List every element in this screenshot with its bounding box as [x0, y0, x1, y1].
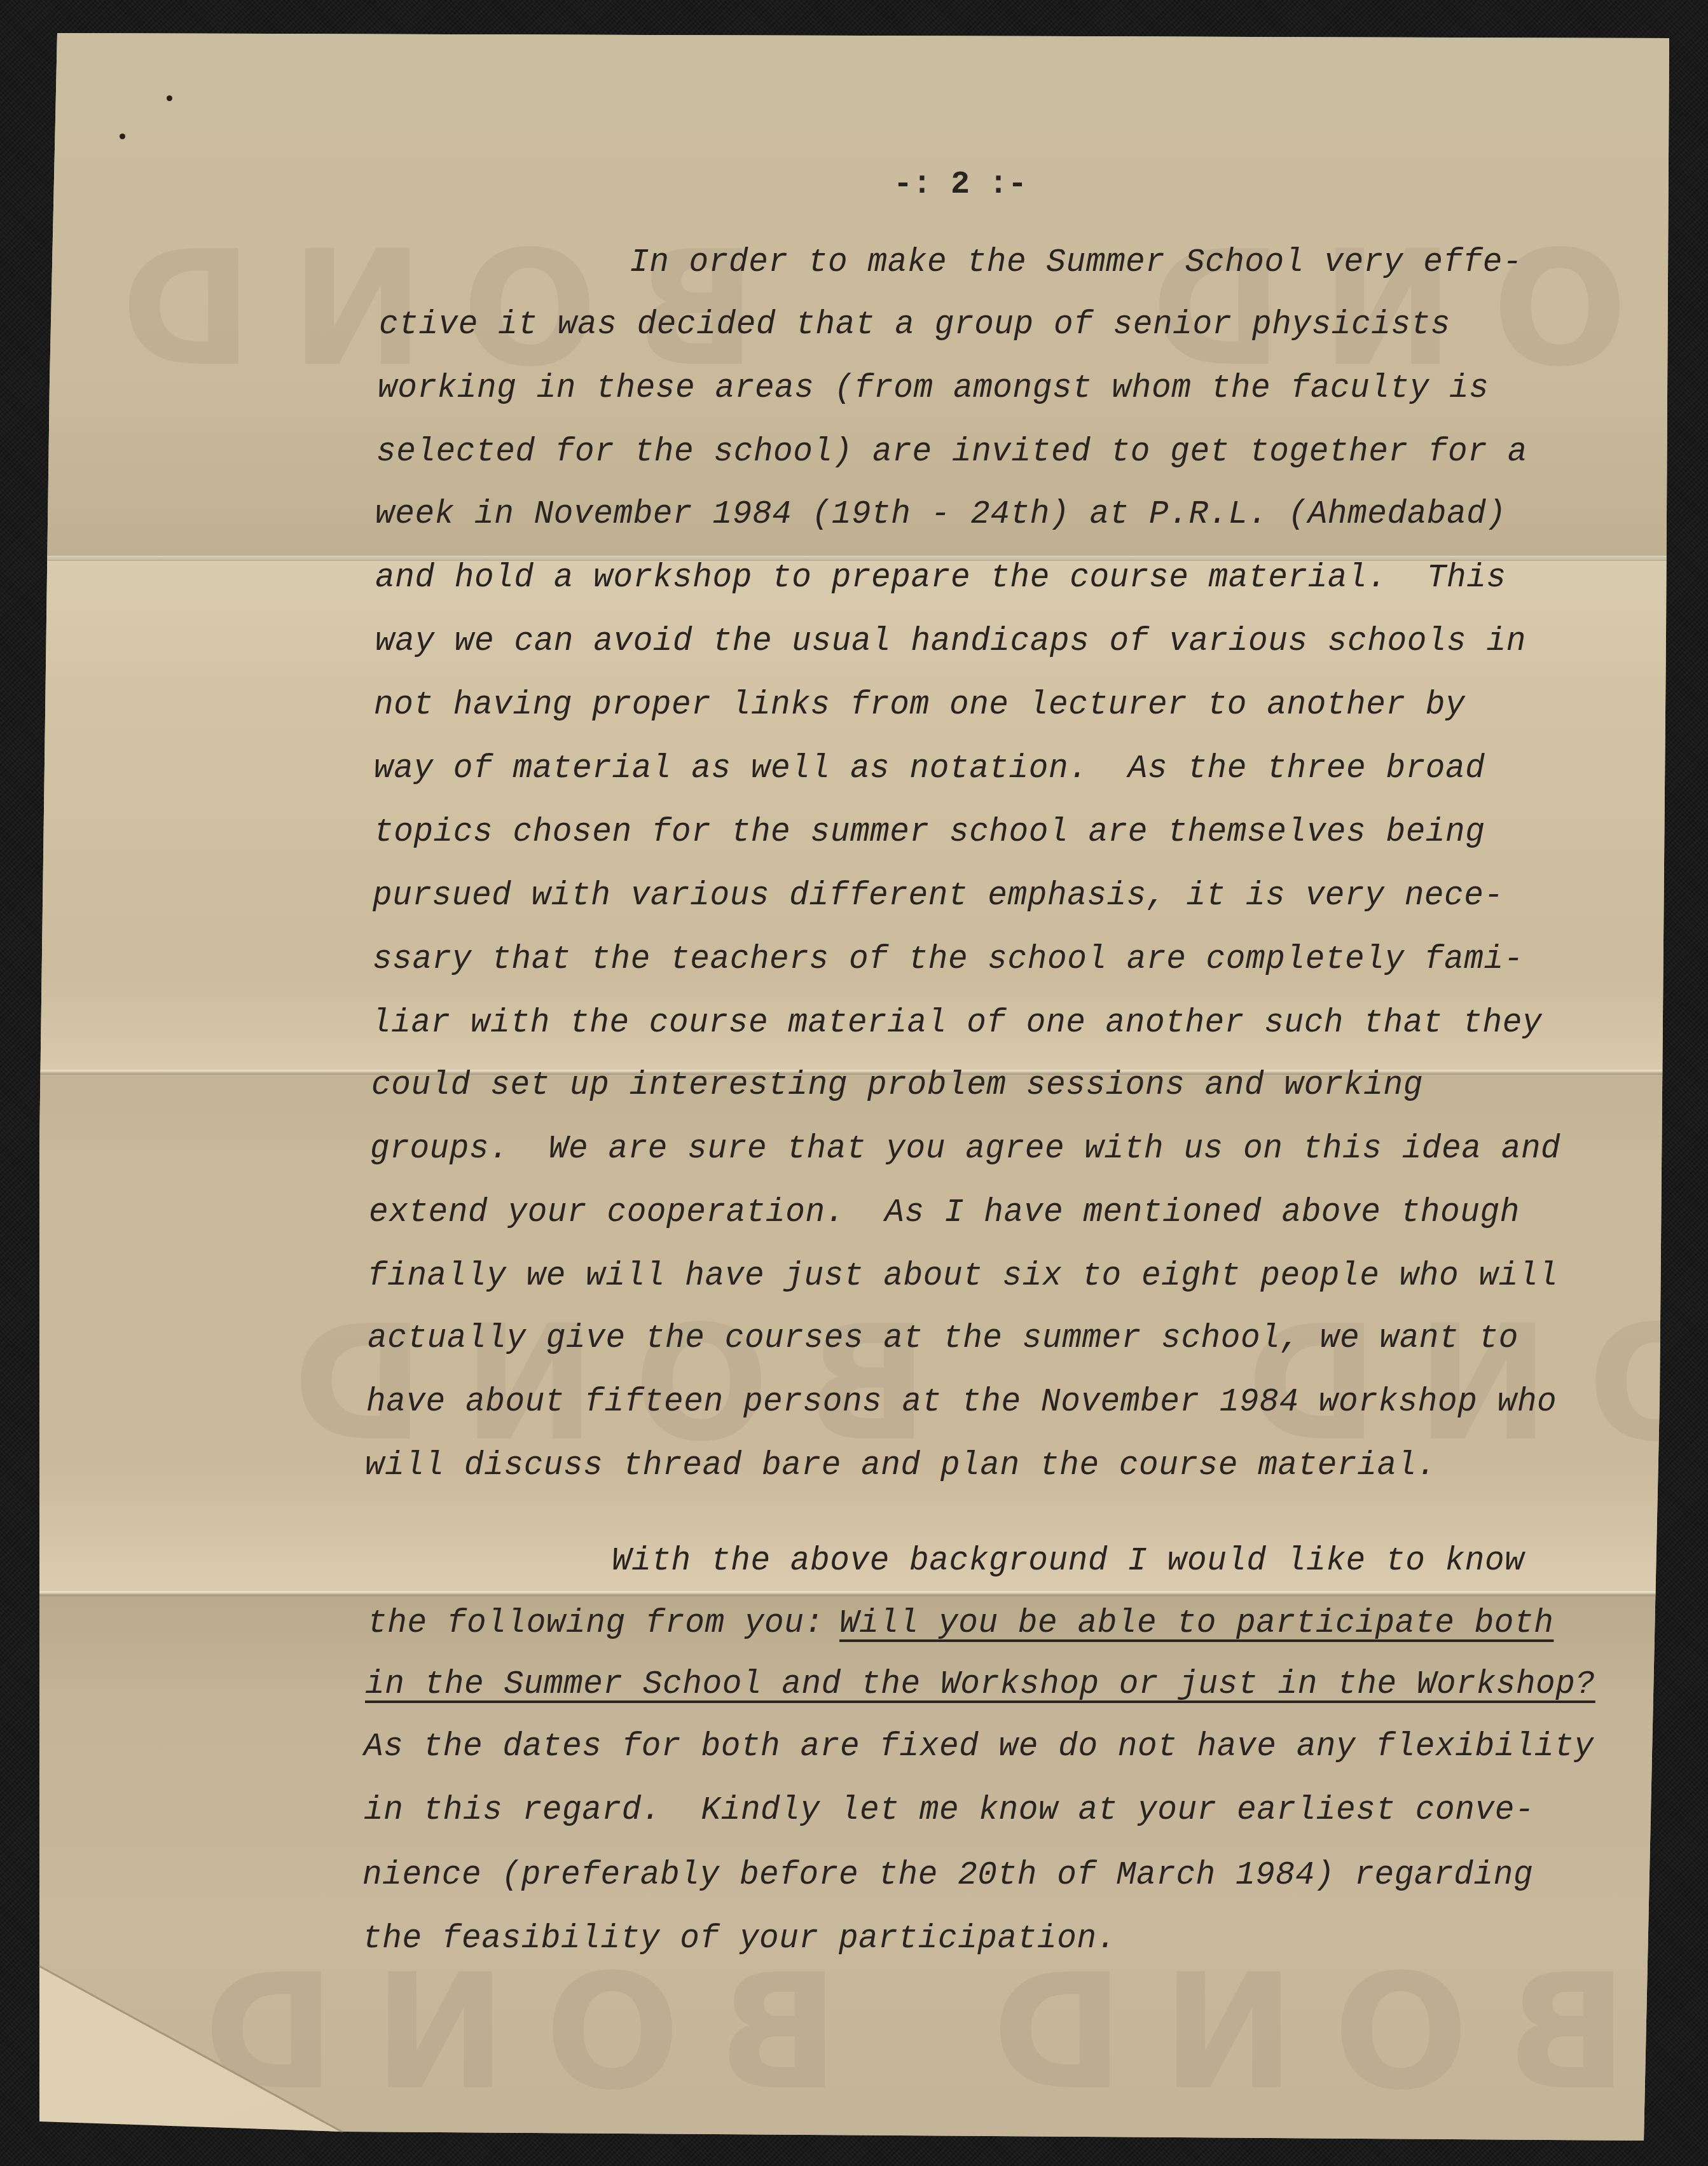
- text-line: ssary that the teachers of the school ar…: [373, 944, 1524, 976]
- text-line: nience (preferably before the 20th of Ma…: [362, 1859, 1533, 1892]
- text-line: and hold a workshop to prepare the cours…: [375, 562, 1506, 595]
- text-line: With the above background I would like t…: [612, 1545, 1524, 1578]
- text-line: liar with the course material of one ano…: [371, 1007, 1542, 1040]
- text-line: the feasibility of your participation.: [362, 1923, 1117, 1956]
- fold-crease: [0, 1591, 1708, 1596]
- text-line: will discuss thread bare and plan the co…: [365, 1450, 1436, 1482]
- text-line: extend your cooperation. As I have menti…: [369, 1197, 1520, 1229]
- text-line: working in these areas (from amongst who…: [378, 373, 1489, 405]
- text-line: As the dates for both are fixed we do no…: [364, 1731, 1594, 1763]
- text-line: in this regard. Kindly let me know at yo…: [364, 1795, 1534, 1827]
- text-line: week in November 1984 (19th - 24th) at P…: [375, 499, 1506, 531]
- text-line: way we can avoid the usual handicaps of …: [375, 626, 1526, 658]
- text-line: topics chosen for the summer school are …: [374, 817, 1485, 849]
- text-line: In order to make the Summer School very …: [630, 247, 1522, 279]
- pin-hole: [167, 95, 172, 101]
- text-line: way of material as well as notation. As …: [374, 753, 1485, 785]
- text-line: could set up interesting problem session…: [371, 1070, 1423, 1102]
- watermark: BOND: [954, 1940, 1628, 2125]
- pin-hole: [120, 134, 125, 139]
- text-line: selected for the school) are invited to …: [376, 436, 1527, 469]
- page-number: -: 2 :-: [893, 167, 1027, 203]
- text-line: finally we will have just about six to e…: [368, 1260, 1558, 1293]
- text-line: pursued with various different emphasis,…: [373, 880, 1504, 913]
- text-line: not having proper links from one lecture…: [374, 689, 1465, 722]
- text-line: actually give the courses at the summer …: [368, 1323, 1519, 1355]
- text-line: the following from you:: [368, 1608, 824, 1640]
- question-underlined: Will you be able to participate both: [839, 1608, 1553, 1640]
- text-line: ctive it was decided that a group of sen…: [379, 309, 1450, 341]
- question-underlined: in the Summer School and the Workshop or…: [365, 1669, 1595, 1701]
- text-line: groups. We are sure that you agree with …: [370, 1133, 1560, 1166]
- text-line: have about fifteen persons at the Novemb…: [366, 1386, 1557, 1419]
